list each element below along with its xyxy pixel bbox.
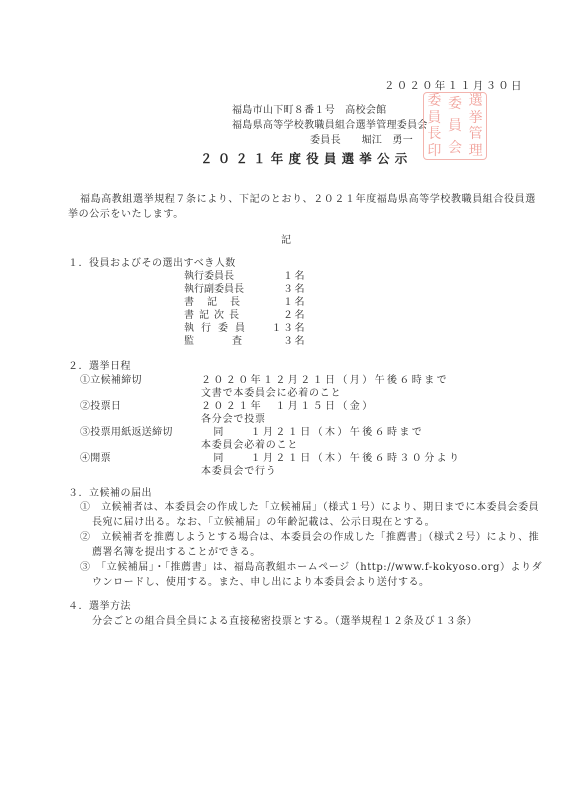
ki-marker: 記 (281, 236, 291, 246)
seal-char: 挙 (469, 111, 483, 125)
officer-role: 執行委員 (184, 324, 252, 334)
officer-count: ２名 (266, 311, 306, 321)
filing-rule-line: 薦署名簿を提出することができる。 (92, 548, 261, 558)
seal-column-3: 委 員 長 印 (427, 93, 441, 159)
schedule-date: ２０２１年 １月１５日（金） (201, 402, 375, 412)
filing-rule-line: ① 立候補者は、本委員会の作成した「立候補届」（様式１号）により、期日までに本委… (80, 503, 539, 513)
seal-char: 会 (448, 141, 462, 155)
seal-column-2: 委 員 会 (448, 93, 462, 159)
schedule-label: ①立候補締切 (80, 376, 142, 386)
officer-count: １名 (266, 298, 306, 308)
officer-role: 執行副委員長 (184, 285, 244, 295)
schedule-label: ④開票 (80, 454, 111, 464)
sender-address: 福島市山下町８番１号 高校会館 (232, 106, 387, 116)
document-title: ２０２１年度役員選挙公示 (200, 153, 412, 166)
schedule-date: 同 １月２１日（木）午後６時３０分より (201, 454, 461, 464)
schedule-date: 同 １月２１日（木）午後６時まで (201, 428, 424, 438)
section-1-heading: １．役員およびその選出すべき人数 (68, 259, 236, 269)
schedule-note: 各分会で投票 (201, 415, 266, 425)
seal-column-1: 選 挙 管 理 (469, 93, 483, 159)
seal-char: 員 (427, 111, 441, 125)
officer-role: 書記長 (184, 298, 253, 308)
schedule-note: 本委員会必着のこと (201, 441, 298, 451)
election-method-text: 分会ごとの組合員全員による直接秘密投票とする。（選挙規程１２条及び１３条） (92, 617, 477, 627)
seal-char: 委 (427, 94, 441, 108)
section-2-heading: ２．選挙日程 (68, 362, 131, 372)
officer-count: １３名 (266, 324, 306, 334)
intro-line-2: 挙の公示をいたします。 (68, 210, 184, 220)
seal-char: 員 (448, 119, 462, 133)
seal-char: 選 (469, 94, 483, 108)
schedule-note: 本委員会で行う (201, 467, 277, 477)
filing-rule-line: ② 立候補者を推薦しようとする場合は、本委員会の作成した「推薦書」（様式２号）に… (80, 533, 539, 543)
seal-char: 委 (448, 97, 462, 111)
officer-count: ３名 (266, 285, 306, 295)
intro-line-1: 福島高教組選挙規程７条により、下記のとおり、２０２１年度福島県高等学校教職員組合… (80, 195, 536, 205)
official-seal-stamp: 選 挙 管 理 委 員 会 委 員 長 印 (423, 92, 487, 160)
sender-signatory: 委員長 堀江 勇一 (310, 136, 413, 146)
officer-count: １名 (266, 272, 306, 282)
seal-char: 長 (427, 127, 441, 141)
officer-count: ３名 (266, 337, 306, 347)
filing-rule-line: ウンロードし、使用する。また、申し出により本委員会より送付する。 (92, 578, 430, 588)
section-4-heading: ４．選挙方法 (68, 602, 131, 612)
sender-organization: 福島県高等学校教職員組合選挙管理委員会 (232, 121, 428, 131)
schedule-date: ２０２０年１２月２１日（月）午後６時まで (201, 376, 449, 386)
seal-char: 管 (469, 127, 483, 141)
seal-char: 印 (427, 144, 441, 158)
seal-char: 理 (469, 144, 483, 158)
schedule-label: ②投票日 (80, 402, 121, 412)
filing-rule-line: 長宛に届け出る。なお、「立候補届」の年齢記載は、公示日現在とする。 (92, 518, 435, 528)
officer-role: 執行委員長 (184, 272, 234, 282)
schedule-label: ③投票用紙返送締切 (80, 428, 173, 438)
section-3-heading: ３．立候補の届出 (68, 489, 152, 499)
filing-rule-line: ③ 「立候補届」・「推薦書」は、福島高教組ホームページ（http://www.f… (80, 563, 542, 573)
officer-role: 書記次長 (184, 311, 244, 321)
document-date: ２０２０年１１月３０日 (384, 81, 524, 92)
schedule-note: 文書で本委員会に必着のこと (201, 389, 341, 399)
